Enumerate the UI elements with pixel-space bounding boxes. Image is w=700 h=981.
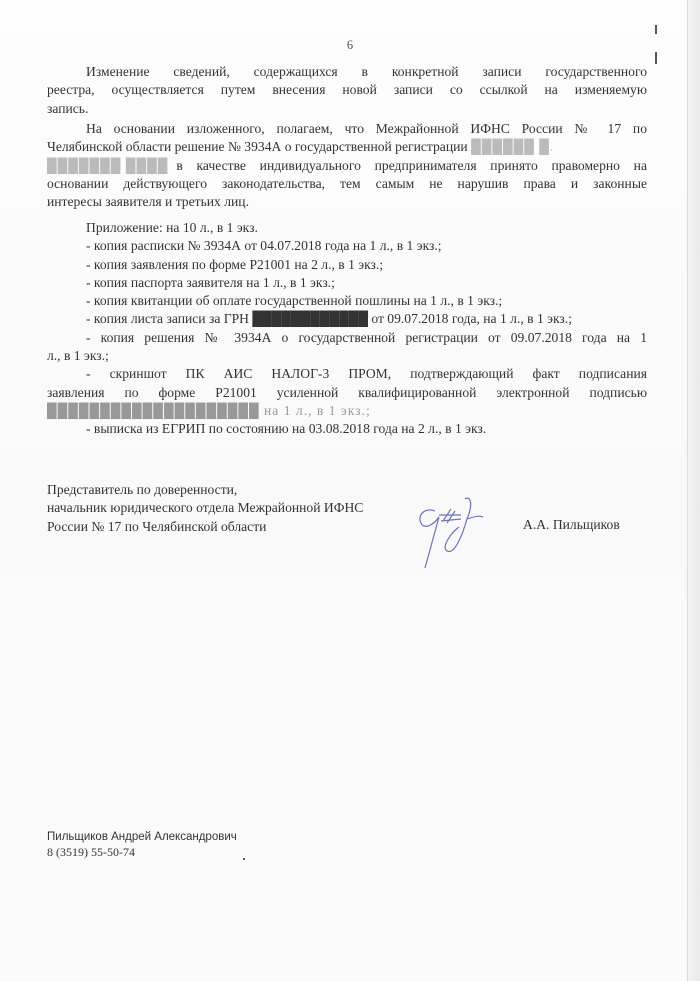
- list-item: - скриншот ПК АИС НАЛОГ-3 ПРОМ, подтверж…: [47, 365, 647, 383]
- contact-name: Пильщиков Андрей Александрович: [47, 830, 237, 845]
- signature-line: начальник юридического отдела Межрайонно…: [47, 499, 363, 517]
- text-line: интересы заявителя и третьих лиц.: [47, 193, 647, 211]
- list-item: - копия квитанции об оплате государствен…: [47, 292, 647, 310]
- list-item: - копия листа записи за ГРН ████████████…: [47, 310, 647, 328]
- list-item-continued: заявления по форме Р21001 усиленной квал…: [47, 384, 647, 402]
- signature-block: Представитель по доверенности, начальник…: [47, 481, 363, 536]
- text-line: основании действующего законодательства,…: [47, 175, 647, 193]
- text-line: реестра, осуществляется путем внесения н…: [47, 81, 647, 99]
- text-fragment: Челябинской области решение № 3934А о го…: [47, 139, 468, 154]
- document-page: 6 Изменение сведений, содержащихся в кон…: [0, 0, 700, 981]
- scan-mark: [655, 25, 657, 34]
- text-fragment: в качестве индивидуального предпринимате…: [176, 157, 647, 175]
- contact-info: Пильщиков Андрей Александрович 8 (3519) …: [47, 830, 237, 860]
- page-number: 6: [0, 38, 700, 53]
- text-line: Челябинской области решение № 3934А о го…: [47, 138, 647, 156]
- redacted-text: ██████ █.: [471, 139, 554, 154]
- scan-speck: [243, 858, 245, 860]
- contact-phone: 8 (3519) 55-50-74: [47, 845, 237, 860]
- text-line: На основании изложенного, полагаем, что …: [47, 120, 647, 138]
- handwritten-signature: [395, 493, 505, 578]
- list-item: - копия паспорта заявителя на 1 л., в 1 …: [47, 274, 647, 292]
- scan-mark: [655, 52, 657, 64]
- attachments-list: Приложение: на 10 л., в 1 экз. - копия р…: [47, 219, 647, 439]
- list-item-continued: ████████████████████ на 1 л., в 1 экз.;: [47, 402, 647, 420]
- text-line: запись.: [47, 100, 647, 118]
- list-item: - копия заявления по форме Р21001 на 2 л…: [47, 256, 647, 274]
- paragraph-1: Изменение сведений, содержащихся в конкр…: [47, 63, 647, 118]
- redacted-text: ███████ ████: [47, 157, 168, 175]
- paragraph-2: На основании изложенного, полагаем, что …: [47, 120, 647, 211]
- list-item: - копия решения № 3934А о государственно…: [47, 329, 647, 347]
- signature-line: Представитель по доверенности,: [47, 481, 363, 499]
- signature-line: России № 17 по Челябинской области: [47, 518, 363, 536]
- list-item-continued: л., в 1 экз.;: [47, 347, 647, 365]
- text-line: ███████ ████в качестве индивидуального п…: [47, 157, 647, 175]
- scan-edge: [687, 0, 700, 981]
- signer-name: А.А. Пильщиков: [523, 517, 620, 533]
- attachments-header: Приложение: на 10 л., в 1 экз.: [47, 219, 647, 237]
- list-item: - выписка из ЕГРИП по состоянию на 03.08…: [47, 420, 647, 438]
- text-line: Изменение сведений, содержащихся в конкр…: [47, 63, 647, 81]
- list-item: - копия расписки № 3934А от 04.07.2018 г…: [47, 237, 647, 255]
